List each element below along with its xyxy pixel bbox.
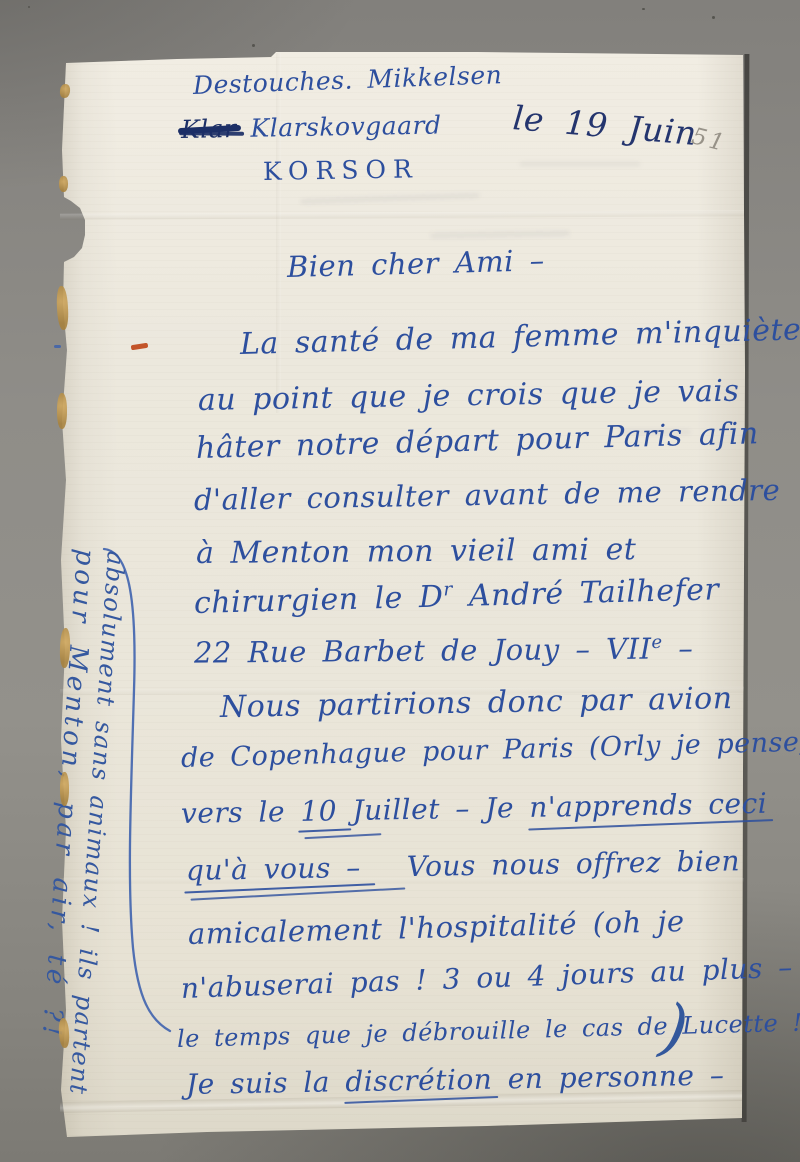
line-text: – xyxy=(662,631,693,665)
line-text: e xyxy=(651,632,662,653)
line-text: Juillet – Je xyxy=(337,791,530,827)
letter-line: vers le 10 Juillet – Je n'apprends ceci xyxy=(181,789,768,830)
blue-ink-fleck xyxy=(54,345,61,348)
line-text: chirurgien le D xyxy=(194,579,444,621)
verso-show-through xyxy=(520,162,640,166)
tape-stain xyxy=(60,772,69,806)
city-line: KORSOR xyxy=(263,155,419,185)
background-speck xyxy=(642,8,645,10)
tape-stain xyxy=(57,393,67,429)
address-row: KlarKlarskovgaard xyxy=(181,111,442,143)
line-text: Vous nous offrez bien xyxy=(360,844,740,884)
crossed-out-word: Klar xyxy=(181,114,237,144)
background-speck xyxy=(252,44,255,47)
underlined-phrase: qu'à vous – xyxy=(186,851,361,887)
background-speck xyxy=(28,6,30,8)
tape-stain xyxy=(59,176,68,192)
line-text: André Tailhefer xyxy=(452,572,719,614)
line-text: Je suis la xyxy=(186,1065,346,1101)
line-text: en personne – xyxy=(492,1059,725,1096)
photo-canvas: Destouches. Mikkelsen KlarKlarskovgaard … xyxy=(0,0,800,1162)
underlined-phrase: discrétion xyxy=(345,1063,493,1099)
underlined-phrase: n'apprends ceci xyxy=(529,787,767,824)
line-text: vers le xyxy=(181,795,301,830)
line-text: r xyxy=(443,579,453,600)
letter-line: 22 Rue Barbet de Jouy – VIIe – xyxy=(194,633,694,670)
background-speck xyxy=(712,16,715,19)
line-text: 22 Rue Barbet de Jouy – VII xyxy=(194,632,652,670)
letter-line: à Menton mon vieil ami et xyxy=(196,533,637,570)
underlined-phrase: 10 xyxy=(300,794,337,828)
salutation: Bien cher Ami – xyxy=(287,245,545,284)
address-line: Klarskovgaard xyxy=(250,110,441,142)
line-text: à Menton mon vieil ami et xyxy=(196,532,637,571)
